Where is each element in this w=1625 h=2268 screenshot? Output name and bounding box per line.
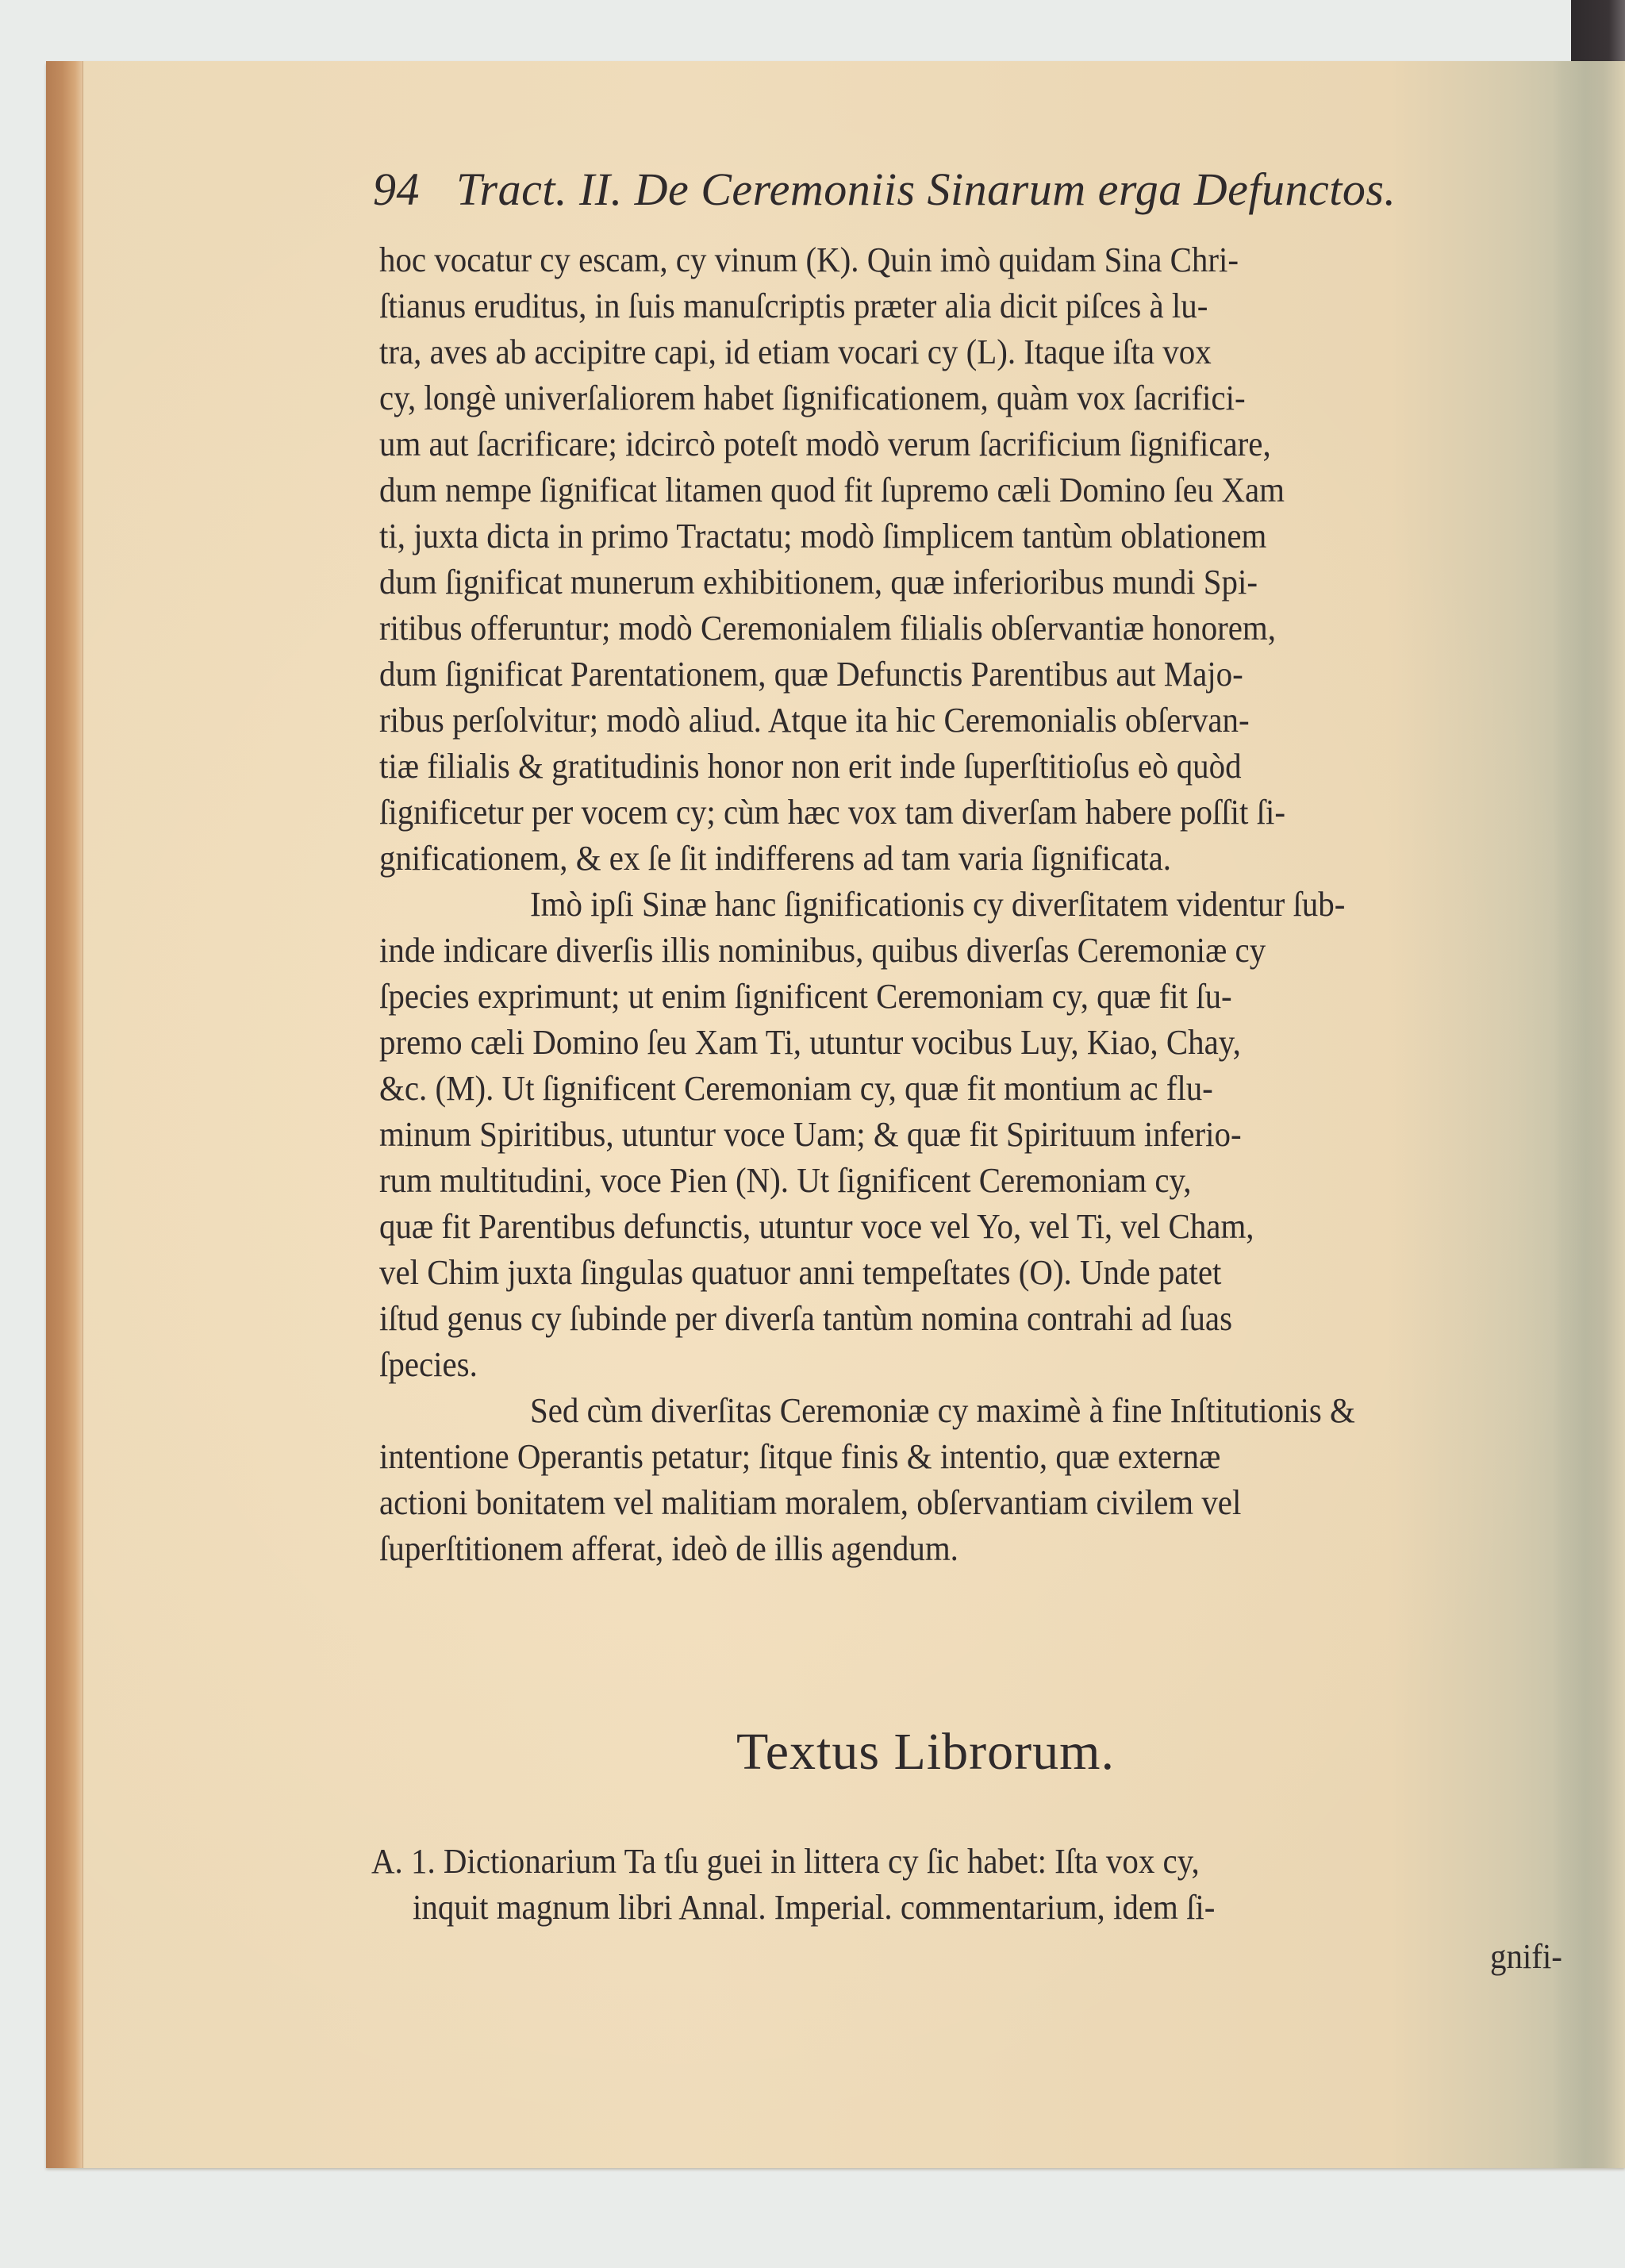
text-line: dum ſignificat munerum exhibitionem, quæ… [379, 565, 1258, 600]
entry-line: Dictionarium Ta tſu guei in littera cy ſ… [444, 1842, 1200, 1881]
text-line: minum Spiritibus, utuntur voce Uam; & qu… [379, 1117, 1242, 1152]
catchword: gnifi- [1490, 1936, 1562, 1977]
text-line-paragraph-start: Imò ipſi Sinæ hanc ſignificationis cy di… [530, 887, 1345, 922]
text-line: ſignificetur per vocem cy; cùm hæc vox t… [379, 795, 1285, 830]
text-line: ſpecies exprimunt; ut enim ſignificent C… [379, 979, 1232, 1014]
text-line: um aut ſacrificare; idcircò poteſt modò … [379, 427, 1271, 462]
text-line: tra, aves ab accipitre capi, id etiam vo… [379, 335, 1212, 370]
text-line: ſuperſtitionem afferat, ideò de illis ag… [379, 1532, 958, 1566]
gutter-shadow [1554, 61, 1625, 2168]
text-line: dum ſignificat Parentationem, quæ Defunc… [379, 657, 1243, 692]
text-line: inde indicare diverſis illis nominibus, … [379, 933, 1266, 968]
text-line: intentione Operantis petatur; ſitque fin… [379, 1440, 1220, 1474]
text-line-paragraph-start: Sed cùm diverſitas Ceremoniæ cy maximè à… [530, 1393, 1355, 1428]
entry-label: A. 1. [371, 1842, 436, 1881]
text-line: hoc vocatur cy escam, cy vinum (K). Quin… [379, 243, 1239, 278]
running-head: 94Tract. II. De Ceremoniis Sinarum erga … [373, 163, 1396, 216]
page-number: 94 [373, 163, 420, 215]
text-line: ti, juxta dicta in primo Tractatu; modò … [379, 519, 1266, 554]
text-line: premo cæli Domino ſeu Xam Ti, utuntur vo… [379, 1025, 1241, 1060]
text-line: ſpecies. [379, 1347, 478, 1382]
text-line: iſtud genus cy ſubinde per diverſa tantù… [379, 1301, 1232, 1336]
text-line: ſtianus eruditus, in ſuis manuſcriptis p… [379, 289, 1208, 324]
text-line: dum nempe ſignificat litamen quod fit ſu… [379, 473, 1285, 508]
text-line: vel Chim juxta ſingulas quatuor anni tem… [379, 1255, 1221, 1290]
text-line: tiæ filialis & gratitudinis honor non er… [379, 749, 1242, 784]
text-line: ritibus offeruntur; modò Ceremonialem fi… [379, 611, 1276, 646]
page-edge [46, 61, 83, 2168]
text-line: actioni bonitatem vel malitiam moralem, … [379, 1486, 1241, 1520]
text-line: rum multitudini, voce Pien (N). Ut ſigni… [379, 1163, 1192, 1198]
text-line: &c. (M). Ut ſignificent Ceremoniam cy, q… [379, 1071, 1213, 1106]
text-line: gnificationem, & ex ſe ſit indifferens a… [379, 841, 1171, 876]
entry-line: inquit magnum libri Annal. Imperial. com… [413, 1887, 1215, 1928]
section-heading: Textus Librorum. [736, 1722, 1115, 1782]
text-line: ribus perſolvitur; modò aliud. Atque ita… [379, 703, 1250, 738]
running-title: Tract. II. De Ceremoniis Sinarum erga De… [456, 163, 1396, 215]
text-line: cy, longè univerſaliorem habet ſignifica… [379, 381, 1246, 416]
text-line: quæ fit Parentibus defunctis, utuntur vo… [379, 1209, 1254, 1244]
